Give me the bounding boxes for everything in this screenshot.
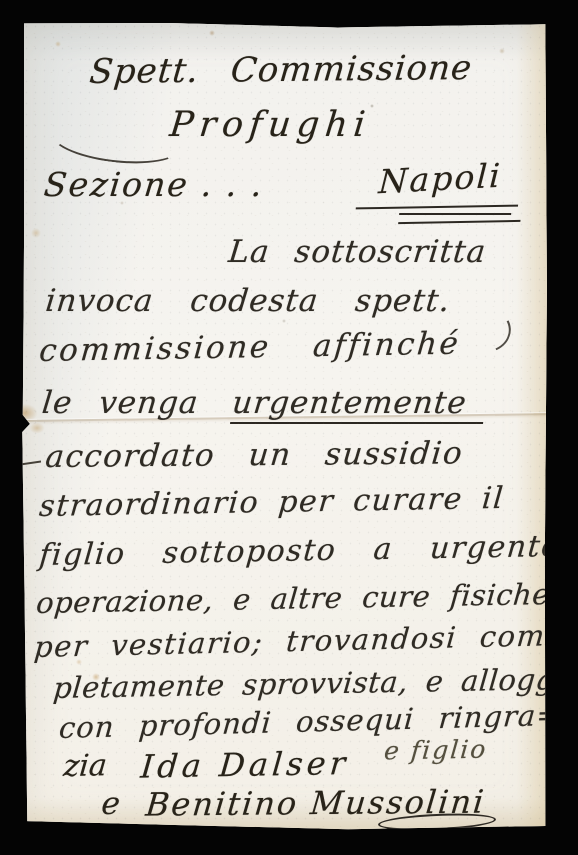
body-line-8: operazione, e altre cure fisiche,: [35, 580, 561, 618]
urgentemente-underlined: urgentemente: [230, 388, 486, 424]
signature-line-1: zia Ida Dalser e figlio: [62, 745, 488, 784]
body-line-7: figlio sottoposto a urgente: [38, 532, 562, 571]
recipient-line-2: Profughi: [168, 108, 373, 143]
signature-e-figlio: e figlio: [383, 737, 488, 764]
signature-line-1-start: zia: [62, 751, 108, 782]
body-line-2: invoca codesta spett.: [44, 286, 452, 317]
body-line-3: commissione affinché: [38, 329, 462, 367]
recipient-line-1: Spett. Commissione: [88, 51, 474, 89]
body-line-1: La sottoscritta: [227, 237, 488, 268]
signature-ida-dalser: Ida Dalser: [139, 747, 350, 783]
sezione-label: Sezione . . .: [43, 168, 266, 201]
city-label: Napoli: [378, 159, 503, 198]
body-line-10: pletamente sprovvista, e alloggio.: [52, 665, 578, 703]
body-line-4: le venga urgentemente: [40, 388, 486, 424]
photo-background: Spett. Commissione Profughi Sezione . . …: [0, 0, 578, 855]
letter-page: Spett. Commissione Profughi Sezione . . …: [22, 21, 548, 830]
body-line-4-text: le venga: [40, 388, 200, 424]
signature-line-2-start: e: [100, 789, 121, 821]
body-line-9: per vestiario; trovandosi com=: [33, 621, 573, 662]
body-line-6: straordinario per curare il: [38, 484, 506, 522]
body-line-5: accordato un sussidio: [44, 438, 465, 473]
